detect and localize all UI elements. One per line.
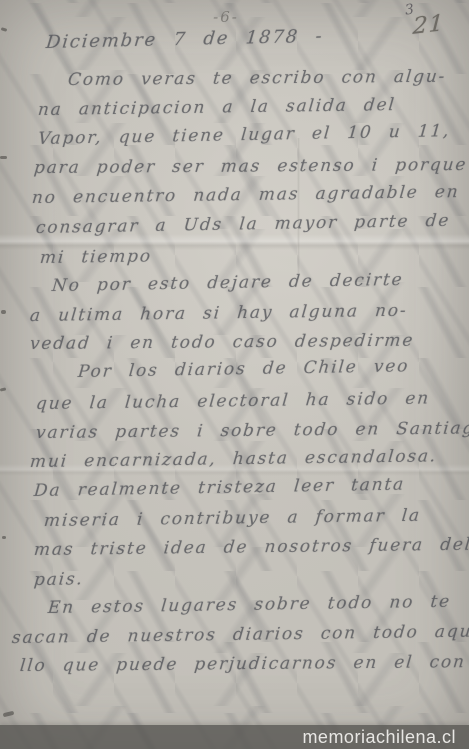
- handwriting-line: na anticipacion a la salida del: [37, 95, 397, 120]
- handwriting-line: Como veras te escribo con algu-: [67, 67, 447, 90]
- page-number-marker: -6-: [196, 8, 256, 26]
- handwriting-line: sacan de nuestros diarios con todo aque-: [11, 621, 469, 648]
- handwriting-date-line: Diciembre 7 de 1878 -: [45, 26, 325, 53]
- handwriting-line: que la lucha electoral ha sido en: [35, 389, 431, 414]
- paper-speck: [0, 156, 7, 159]
- paper-speck: [2, 536, 6, 539]
- handwriting-line: llo que puede perjudicarnos en el con: [19, 652, 467, 676]
- handwriting-line: No por esto dejare de decirte: [51, 270, 404, 296]
- handwriting-line: a ultima hora si hay alguna no-: [29, 301, 408, 326]
- letter-page-scan: -6- 3 21 Diciembre 7 de 1878 - Como vera…: [0, 0, 469, 749]
- handwriting-line: no encuentro nada mas agradable en: [31, 182, 460, 208]
- handwriting-line: para poder ser mas estenso i porque: [33, 155, 468, 178]
- handwriting-line: En estos lugares sobre todo no te: [47, 592, 452, 618]
- handwriting-line: pais.: [33, 569, 84, 590]
- corner-annotation-large: 21: [412, 10, 445, 40]
- handwriting-line: mui encarnizada, hasta escandalosa.: [29, 446, 438, 472]
- handwriting-line: Vapor, que tiene lugar el 10 u 11,: [37, 121, 451, 149]
- handwriting-line: Por los diarios de Chile veo: [77, 356, 410, 382]
- handwriting-line: miseria i contribuye a formar la: [43, 506, 422, 531]
- paper-speck: [3, 711, 15, 718]
- handwriting-line: varias partes i sobre todo en Santiago: [35, 418, 469, 443]
- handwriting-line: mi tiempo: [39, 246, 153, 268]
- handwriting-line: vedad i en todo caso despedirme: [29, 331, 415, 354]
- handwriting-line: mas triste idea de nosotros fuera del: [33, 535, 469, 560]
- paper-speck: [1, 310, 6, 314]
- watermark-text: memoriachilena.cl: [302, 725, 456, 749]
- paper-speck: [0, 387, 6, 391]
- paper-speck: [1, 27, 8, 32]
- handwriting-line: consagrar a Uds la mayor parte de: [35, 211, 451, 238]
- watermark-bar: memoriachilena.cl: [0, 725, 469, 749]
- handwriting-line: Da realmente tristeza leer tanta: [33, 475, 406, 501]
